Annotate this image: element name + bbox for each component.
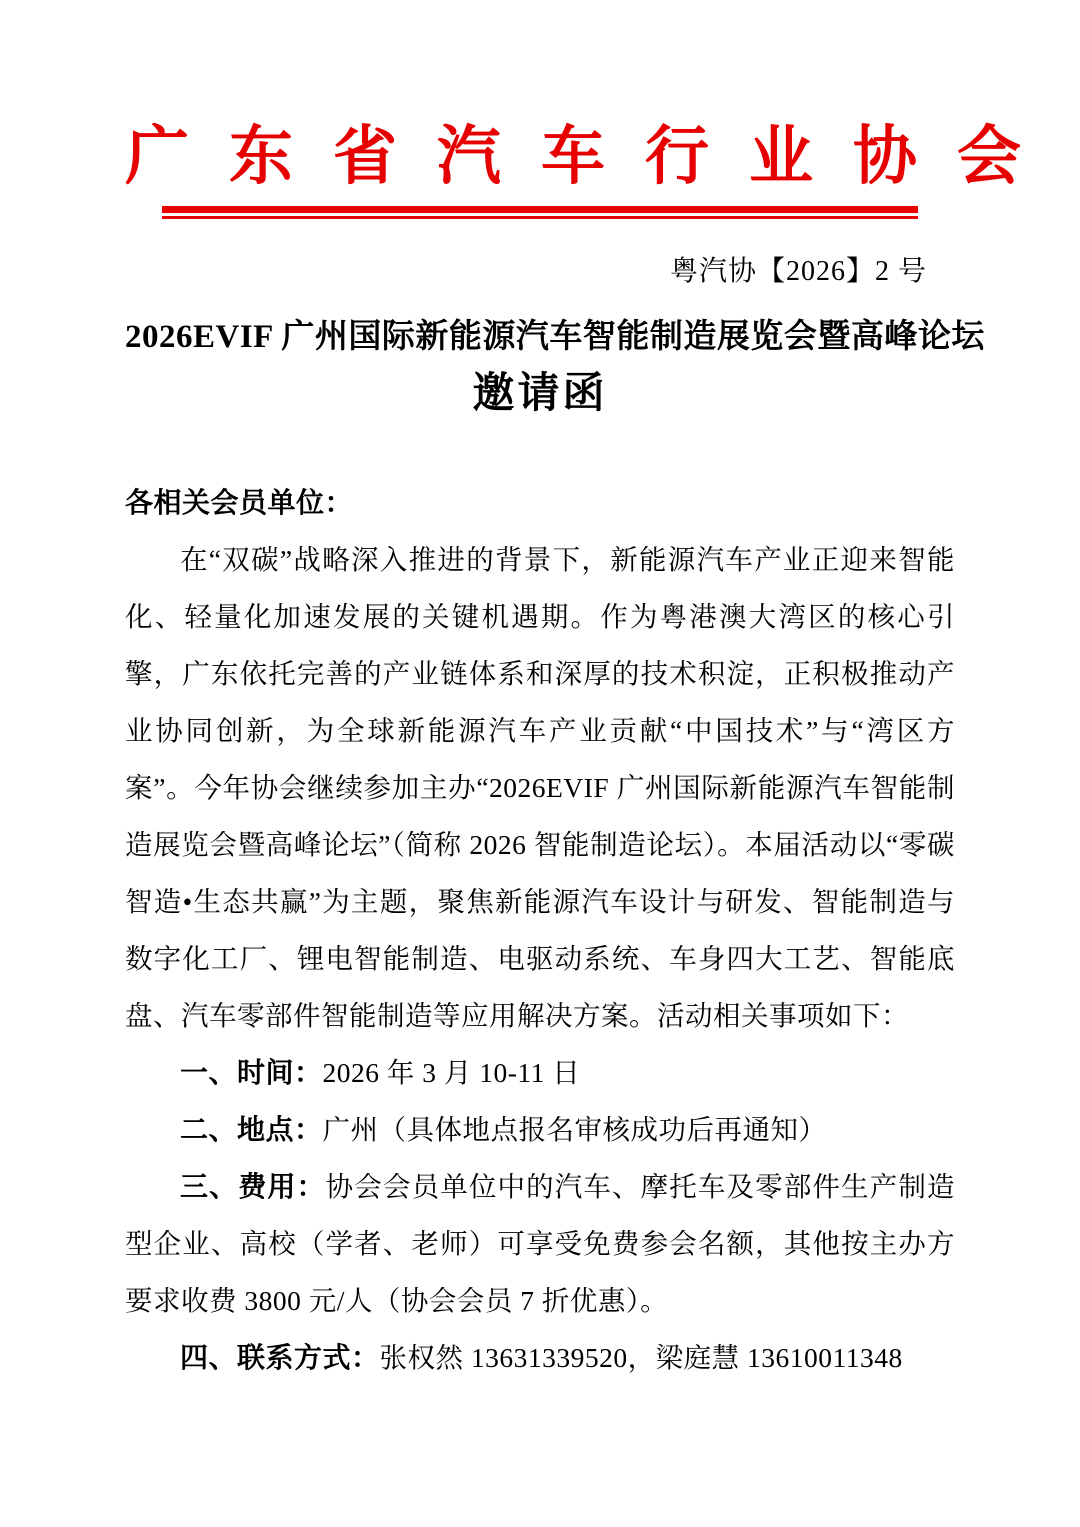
salutation-line: 各相关会员单位： (125, 474, 955, 531)
document-page: 广 东 省 汽 车 行 业 协 会 粤汽协【2026】2 号 2026EVIF … (0, 0, 1080, 1527)
notice-item-time-label: 一、时间： (180, 1057, 323, 1088)
notice-item-contact: 四、联系方式：张权然 13631339520，梁庭慧 13610011348 (125, 1329, 955, 1386)
letterhead-org-name: 广 东 省 汽 车 行 业 协 会 (125, 118, 955, 196)
letterhead-rule-thin (162, 216, 918, 219)
notice-item-location-text: 广州（具体地点报名审核成功后再通知） (323, 1114, 827, 1145)
notice-item-fee-label: 三、费用： (180, 1171, 326, 1202)
notice-item-fee: 三、费用：协会会员单位中的汽车、摩托车及零部件生产制造型企业、高校（学者、老师）… (125, 1158, 955, 1329)
notice-item-time: 一、时间：2026 年 3 月 10-11 日 (125, 1044, 955, 1101)
letterhead-rule (162, 206, 918, 219)
notice-item-location-label: 二、地点： (180, 1114, 323, 1145)
doc-body: 各相关会员单位： 在“双碳”战略深入推进的背景下，新能源汽车产业正迎来智能化、轻… (125, 474, 955, 1386)
doc-number: 粤汽协【2026】2 号 (125, 255, 955, 289)
notice-item-time-text: 2026 年 3 月 10-11 日 (323, 1057, 581, 1088)
notice-item-contact-text: 张权然 13631339520，梁庭慧 13610011348 (380, 1342, 903, 1373)
doc-title: 2026EVIF 广州国际新能源汽车智能制造展览会暨高峰论坛 (125, 315, 955, 359)
notice-item-contact-label: 四、联系方式： (180, 1342, 380, 1373)
letterhead-rule-thick (162, 206, 918, 213)
intro-paragraph: 在“双碳”战略深入推进的背景下，新能源汽车产业正迎来智能化、轻量化加速发展的关键… (125, 531, 955, 1044)
doc-subtitle: 邀请函 (125, 367, 955, 421)
notice-item-location: 二、地点：广州（具体地点报名审核成功后再通知） (125, 1101, 955, 1158)
document-content: 广 东 省 汽 车 行 业 协 会 粤汽协【2026】2 号 2026EVIF … (0, 0, 1080, 1386)
salutation-text: 各相关会员单位： (125, 487, 353, 518)
